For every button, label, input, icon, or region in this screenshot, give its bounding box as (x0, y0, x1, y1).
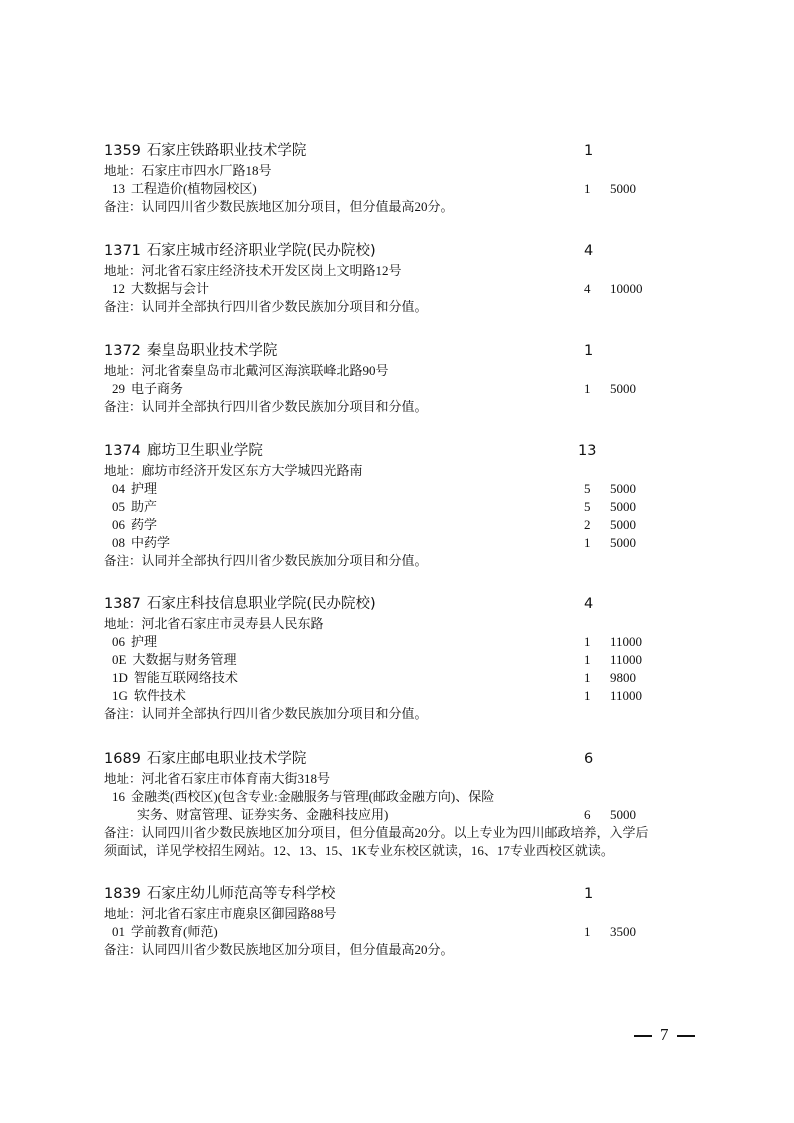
page-number-text: 7 (660, 1025, 669, 1044)
school-title: 1372秦皇岛职业技术学院 1 (104, 340, 704, 362)
school-entry: 1374廊坊卫生职业学院 13 地址：廊坊市经济开发区东方大学城四光路南 04护… (104, 440, 704, 570)
school-total-quota: 4 (584, 593, 593, 615)
major-count: 1 (584, 651, 591, 669)
school-code: 1372 (104, 340, 141, 362)
major-fee: 10000 (610, 280, 643, 298)
address-line: 地址：河北省石家庄市灵寿县人民东路 (104, 615, 704, 633)
school-entry: 1359石家庄铁路职业技术学院 1 地址：石家庄市四水厂路18号 13工程造价(… (104, 140, 704, 216)
note-label: 备注： (104, 942, 142, 957)
school-name: 廊坊卫生职业学院 (147, 440, 263, 462)
major-row: 01学前教育(师范) 1 3500 (104, 923, 704, 941)
major-name: 金融类(西校区)(包含专业:金融服务与管理(邮政金融方向)、保险 (131, 788, 494, 806)
major-name: 护理 (131, 480, 157, 498)
school-entry: 1689石家庄邮电职业技术学院 6 地址：河北省石家庄市体育南大街318号 16… (104, 748, 704, 860)
address-label: 地址： (104, 616, 142, 631)
major-count: 1 (584, 180, 591, 198)
major-code: 08 (112, 534, 125, 552)
address-label: 地址： (104, 906, 142, 921)
major-name: 护理 (131, 633, 157, 651)
major-row: 1G软件技术 1 11000 (104, 687, 704, 705)
major-code: 05 (112, 498, 125, 516)
major-count: 1 (584, 534, 591, 552)
major-row: 13工程造价(植物园校区) 1 5000 (104, 180, 704, 198)
major-row: 05助产 5 5000 (104, 498, 704, 516)
major-code: 06 (112, 516, 125, 534)
major-name: 工程造价(植物园校区) (131, 180, 257, 198)
note-label: 备注： (104, 299, 142, 314)
address-text: 河北省石家庄市灵寿县人民东路 (142, 616, 324, 631)
note-label: 备注： (104, 199, 142, 214)
major-name: 中药学 (131, 534, 170, 552)
major-count: 1 (584, 633, 591, 651)
note-text: 认同四川省少数民族地区加分项目，但分值最高20分。 (142, 942, 454, 957)
address-text: 河北省秦皇岛市北戴河区海滨联峰北路90号 (142, 363, 389, 378)
school-code: 1387 (104, 593, 141, 615)
address-label: 地址： (104, 263, 142, 278)
school-total-quota: 1 (584, 340, 593, 362)
major-row: 1D智能互联网络技术 1 9800 (104, 669, 704, 687)
major-code: 13 (112, 180, 125, 198)
address-text: 河北省石家庄经济技术开发区岗上文明路12号 (142, 263, 402, 278)
note-label: 备注： (104, 706, 142, 721)
address-text: 河北省石家庄市体育南大街318号 (142, 771, 331, 786)
note-line: 备注：认同四川省少数民族地区加分项目，但分值最高20分。 (104, 198, 704, 216)
major-name: 助产 (131, 498, 157, 516)
major-name: 学前教育(师范) (131, 923, 218, 941)
dash-decoration (634, 1035, 652, 1037)
major-fee: 3500 (610, 923, 636, 941)
major-code: 12 (112, 280, 125, 298)
major-fee: 5000 (610, 516, 636, 534)
school-name: 秦皇岛职业技术学院 (147, 340, 278, 362)
major-count: 1 (584, 380, 591, 398)
address-line: 地址：廊坊市经济开发区东方大学城四光路南 (104, 462, 704, 480)
note-text-continuation: 须面试，详见学校招生网站。12、13、15、1K专业东校区就读，16、17专业西… (104, 843, 614, 858)
major-row: 12大数据与会计 4 10000 (104, 280, 704, 298)
school-title: 1371石家庄城市经济职业学院(民办院校) 4 (104, 240, 704, 262)
school-name: 石家庄邮电职业技术学院 (147, 748, 307, 770)
page-number: 7 (626, 1024, 703, 1046)
school-total-quota: 1 (584, 883, 593, 905)
major-code: 04 (112, 480, 125, 498)
major-code: 16 (112, 788, 125, 806)
major-code: 29 (112, 380, 125, 398)
major-count: 1 (584, 687, 591, 705)
major-fee: 11000 (610, 687, 642, 705)
major-name: 药学 (131, 516, 157, 534)
school-name: 石家庄城市经济职业学院(民办院校) (147, 240, 376, 262)
note-text: 认同并全部执行四川省少数民族加分项目和分值。 (142, 706, 428, 721)
address-line: 地址：河北省石家庄市体育南大街318号 (104, 770, 704, 788)
major-name: 大数据与财务管理 (132, 651, 236, 669)
note-text: 认同并全部执行四川省少数民族加分项目和分值。 (142, 299, 428, 314)
address-text: 石家庄市四水厂路18号 (142, 163, 272, 178)
note-text: 认同并全部执行四川省少数民族加分项目和分值。 (142, 553, 428, 568)
school-total-quota: 13 (578, 440, 596, 462)
note-text: 认同并全部执行四川省少数民族加分项目和分值。 (142, 399, 428, 414)
address-label: 地址： (104, 363, 142, 378)
major-code: 1D (112, 669, 128, 687)
note-label: 备注： (104, 825, 142, 840)
major-row: 0E大数据与财务管理 1 11000 (104, 651, 704, 669)
school-entry: 1387石家庄科技信息职业学院(民办院校) 4 地址：河北省石家庄市灵寿县人民东… (104, 593, 704, 723)
major-name: 软件技术 (134, 687, 186, 705)
address-line: 地址：石家庄市四水厂路18号 (104, 162, 704, 180)
address-text: 河北省石家庄市鹿泉区御园路88号 (142, 906, 337, 921)
school-code: 1689 (104, 748, 141, 770)
note-label: 备注： (104, 553, 142, 568)
major-fee: 5000 (610, 806, 636, 824)
major-fee: 5000 (610, 498, 636, 516)
school-name: 石家庄幼儿师范高等专科学校 (147, 883, 336, 905)
major-fee: 9800 (610, 669, 636, 687)
major-row: 06药学 2 5000 (104, 516, 704, 534)
note-line: 备注：认同四川省少数民族地区加分项目，但分值最高20分。 (104, 941, 704, 959)
address-label: 地址： (104, 463, 142, 478)
note-line: 备注：认同并全部执行四川省少数民族加分项目和分值。 (104, 298, 704, 316)
note-line-continuation: 须面试，详见学校招生网站。12、13、15、1K专业东校区就读，16、17专业西… (104, 842, 704, 860)
school-title: 1374廊坊卫生职业学院 13 (104, 440, 704, 462)
school-total-quota: 1 (584, 140, 593, 162)
address-text: 廊坊市经济开发区东方大学城四光路南 (142, 463, 363, 478)
major-count: 4 (584, 280, 591, 298)
note-line: 备注：认同四川省少数民族地区加分项目，但分值最高20分。以上专业为四川邮政培养，… (104, 824, 704, 842)
school-total-quota: 6 (584, 748, 593, 770)
address-line: 地址：河北省石家庄市鹿泉区御园路88号 (104, 905, 704, 923)
school-total-quota: 4 (584, 240, 593, 262)
major-fee: 5000 (610, 480, 636, 498)
major-code: 06 (112, 633, 125, 651)
document-page: 1359石家庄铁路职业技术学院 1 地址：石家庄市四水厂路18号 13工程造价(… (0, 0, 794, 1123)
address-line: 地址：河北省石家庄经济技术开发区岗上文明路12号 (104, 262, 704, 280)
school-title: 1839石家庄幼儿师范高等专科学校 1 (104, 883, 704, 905)
major-row: 08中药学 1 5000 (104, 534, 704, 552)
address-label: 地址： (104, 771, 142, 786)
school-entry: 1371石家庄城市经济职业学院(民办院校) 4 地址：河北省石家庄经济技术开发区… (104, 240, 704, 316)
major-row: 16金融类(西校区)(包含专业:金融服务与管理(邮政金融方向)、保险 (104, 788, 704, 806)
address-line: 地址：河北省秦皇岛市北戴河区海滨联峰北路90号 (104, 362, 704, 380)
note-text: 认同四川省少数民族地区加分项目，但分值最高20分。 (142, 199, 454, 214)
major-code: 0E (112, 651, 126, 669)
school-name: 石家庄铁路职业技术学院 (147, 140, 307, 162)
note-label: 备注： (104, 399, 142, 414)
school-title: 1689石家庄邮电职业技术学院 6 (104, 748, 704, 770)
major-count: 5 (584, 498, 591, 516)
major-fee: 5000 (610, 380, 636, 398)
school-entry: 1372秦皇岛职业技术学院 1 地址：河北省秦皇岛市北戴河区海滨联峰北路90号 … (104, 340, 704, 416)
major-row: 29电子商务 1 5000 (104, 380, 704, 398)
school-code: 1374 (104, 440, 141, 462)
major-count: 1 (584, 669, 591, 687)
major-count: 1 (584, 923, 591, 941)
note-text: 认同四川省少数民族地区加分项目，但分值最高20分。以上专业为四川邮政培养，入学后 (142, 825, 649, 840)
school-code: 1839 (104, 883, 141, 905)
major-name-continuation: 实务、财富管理、证券实务、金融科技应用) (137, 807, 388, 822)
major-fee: 11000 (610, 633, 642, 651)
major-fee: 5000 (610, 180, 636, 198)
school-code: 1371 (104, 240, 141, 262)
major-count: 6 (584, 806, 591, 824)
major-row: 06护理 1 11000 (104, 633, 704, 651)
major-count: 5 (584, 480, 591, 498)
address-label: 地址： (104, 163, 142, 178)
major-code: 01 (112, 923, 125, 941)
major-count: 2 (584, 516, 591, 534)
major-fee: 11000 (610, 651, 642, 669)
major-fee: 5000 (610, 534, 636, 552)
school-name: 石家庄科技信息职业学院(民办院校) (147, 593, 376, 615)
dash-decoration (677, 1035, 695, 1037)
school-title: 1359石家庄铁路职业技术学院 1 (104, 140, 704, 162)
major-name: 电子商务 (131, 380, 183, 398)
major-name: 大数据与会计 (131, 280, 209, 298)
note-line: 备注：认同并全部执行四川省少数民族加分项目和分值。 (104, 552, 704, 570)
school-entry: 1839石家庄幼儿师范高等专科学校 1 地址：河北省石家庄市鹿泉区御园路88号 … (104, 883, 704, 959)
major-row: 04护理 5 5000 (104, 480, 704, 498)
note-line: 备注：认同并全部执行四川省少数民族加分项目和分值。 (104, 398, 704, 416)
major-code: 1G (112, 687, 128, 705)
major-name: 智能互联网络技术 (134, 669, 238, 687)
major-row-continuation: 实务、财富管理、证券实务、金融科技应用) 6 5000 (104, 806, 704, 824)
note-line: 备注：认同并全部执行四川省少数民族加分项目和分值。 (104, 705, 704, 723)
school-title: 1387石家庄科技信息职业学院(民办院校) 4 (104, 593, 704, 615)
school-code: 1359 (104, 140, 141, 162)
